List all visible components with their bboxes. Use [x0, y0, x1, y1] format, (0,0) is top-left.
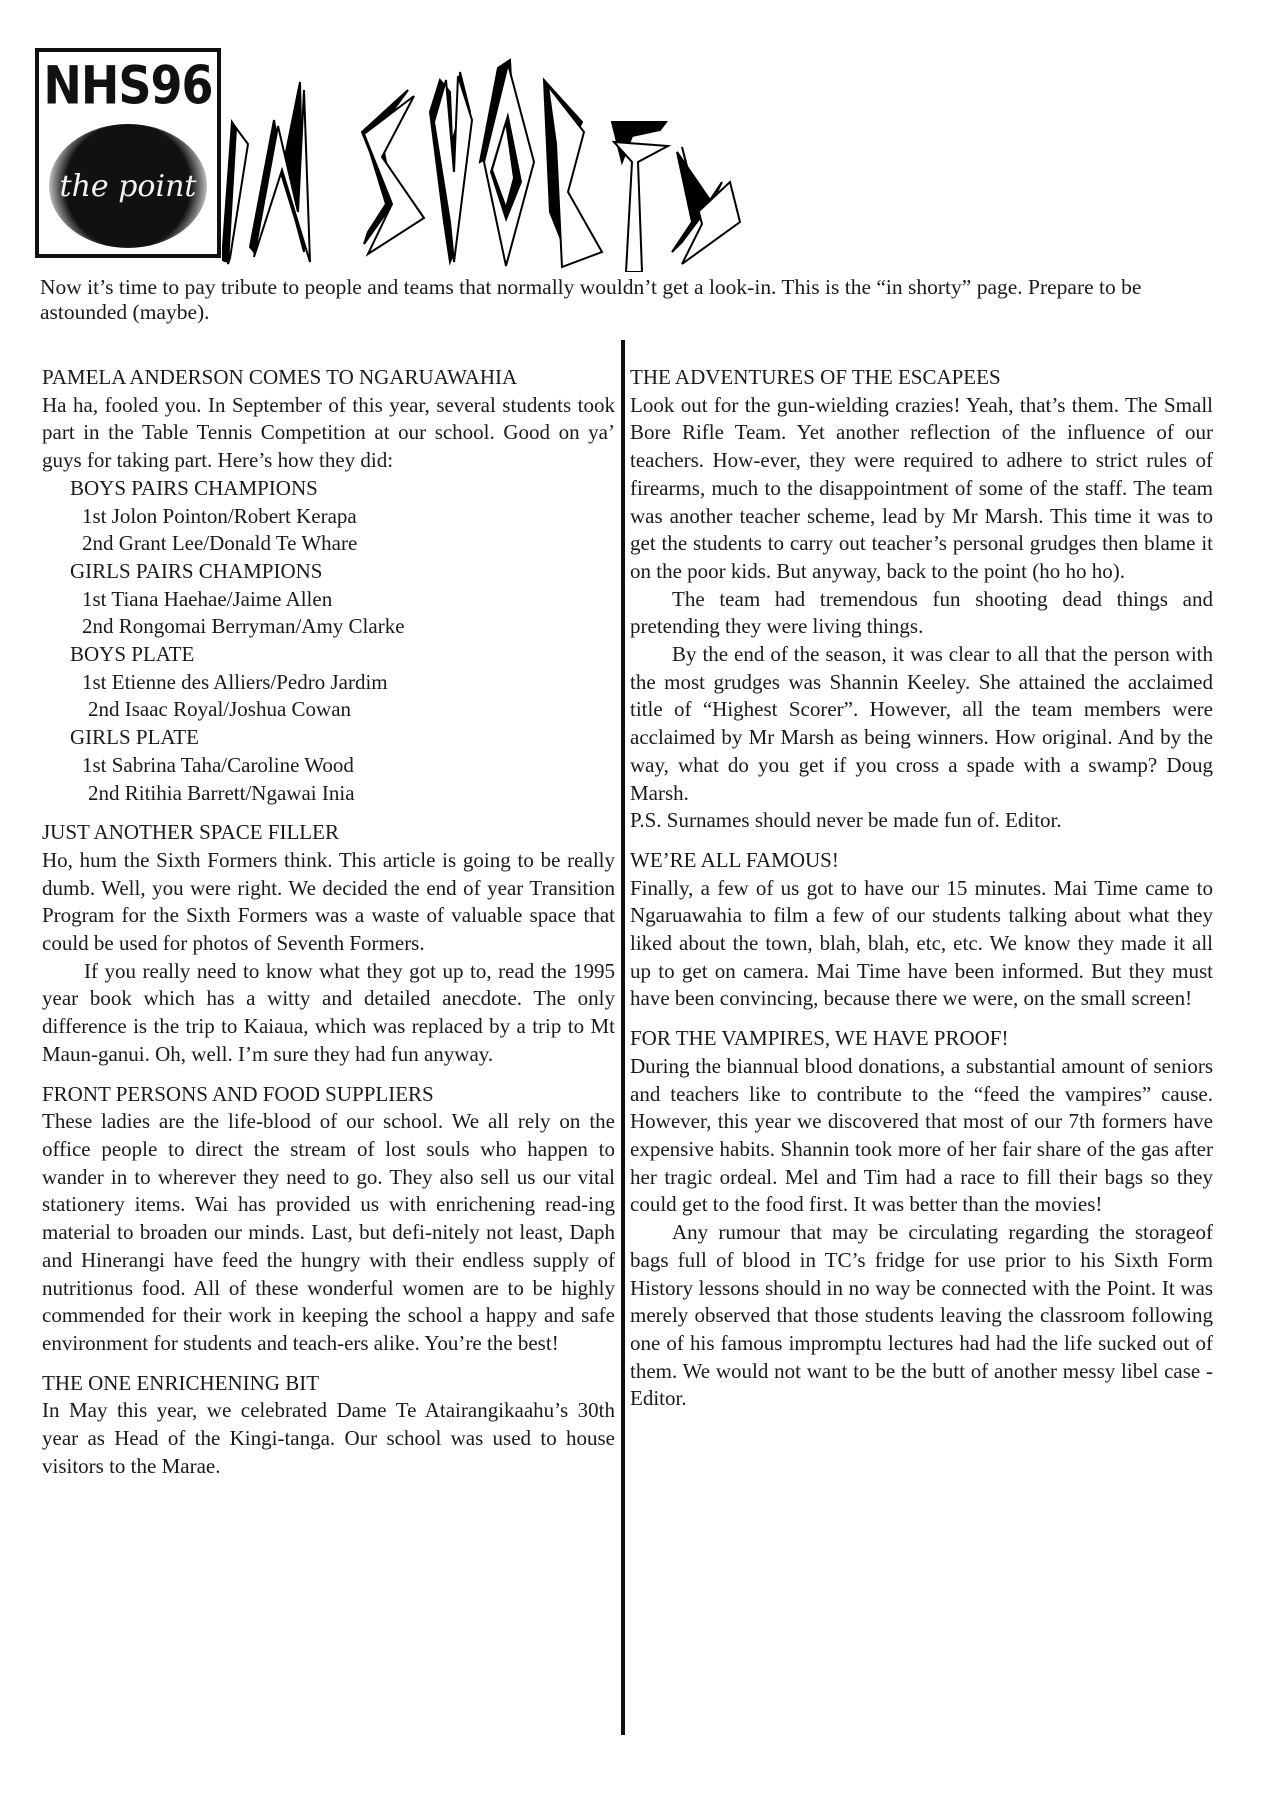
article-front-persons: FRONT PERSONS AND FOOD SUPPLIERS These l…	[42, 1081, 615, 1358]
column-divider	[621, 340, 625, 1735]
right-column: THE ADVENTURES OF THE ESCAPEES Look out …	[630, 364, 1213, 1413]
article-body: Ha ha, fooled you. In September of this …	[42, 392, 615, 475]
logo-circle-emblem: the point	[49, 124, 207, 248]
article-body: In May this year, we celebrated Dame Te …	[42, 1397, 615, 1480]
article-heading: JUST ANOTHER SPACE FILLER	[42, 819, 615, 847]
article-escapees: THE ADVENTURES OF THE ESCAPEES Look out …	[630, 364, 1213, 835]
article-paragraph: By the end of the season, it was clear t…	[630, 641, 1213, 807]
article-all-famous: WE’RE ALL FAMOUS! Finally, a few of us g…	[630, 847, 1213, 1013]
article-paragraph: If you really need to know what they got…	[42, 958, 615, 1069]
article-vampires: FOR THE VAMPIRES, WE HAVE PROOF! During …	[630, 1025, 1213, 1413]
article-postscript: P.S. Surnames should never be made fun o…	[630, 807, 1213, 835]
article-heading: THE ADVENTURES OF THE ESCAPEES	[630, 364, 1213, 392]
in-shorty-title-art	[222, 52, 1242, 272]
results-place: 1st Jolon Pointon/Robert Kerapa	[42, 503, 615, 531]
article-pamela-anderson: PAMELA ANDERSON COMES TO NGARUAWAHIA Ha …	[42, 364, 615, 807]
article-paragraph: Look out for the gun-wielding crazies! Y…	[630, 392, 1213, 586]
results-place: 1st Etienne des Alliers/Pedro Jardim	[42, 669, 615, 697]
article-paragraph: During the biannual blood donations, a s…	[630, 1053, 1213, 1219]
results-category: GIRLS PAIRS CHAMPIONS	[42, 558, 615, 586]
article-body: These ladies are the life-blood of our s…	[42, 1108, 615, 1357]
results-place: 1st Tiana Haehae/Jaime Allen	[42, 586, 615, 614]
results-place: 2nd Grant Lee/Donald Te Whare	[42, 530, 615, 558]
article-space-filler: JUST ANOTHER SPACE FILLER Ho, hum the Si…	[42, 819, 615, 1068]
article-heading: FRONT PERSONS AND FOOD SUPPLIERS	[42, 1081, 615, 1109]
results-category: BOYS PLATE	[42, 641, 615, 669]
article-heading: WE’RE ALL FAMOUS!	[630, 847, 1213, 875]
article-heading: FOR THE VAMPIRES, WE HAVE PROOF!	[630, 1025, 1213, 1053]
results-list: BOYS PAIRS CHAMPIONS 1st Jolon Pointon/R…	[42, 475, 615, 807]
nhs96-logo: NHS96 the point	[35, 48, 221, 258]
article-heading: PAMELA ANDERSON COMES TO NGARUAWAHIA	[42, 364, 615, 392]
results-place: 2nd Rongomai Berryman/Amy Clarke	[42, 613, 615, 641]
results-place: 2nd Isaac Royal/Joshua Cowan	[42, 696, 615, 724]
results-place: 1st Sabrina Taha/Caroline Wood	[42, 752, 615, 780]
article-paragraph: The team had tremendous fun shooting dea…	[630, 586, 1213, 641]
logo-circle-text: the point	[60, 169, 197, 204]
article-heading: THE ONE ENRICHENING BIT	[42, 1370, 615, 1398]
article-paragraph: Ho, hum the Sixth Formers think. This ar…	[42, 847, 615, 958]
article-enrichening-bit: THE ONE ENRICHENING BIT In May this year…	[42, 1370, 615, 1481]
left-column: PAMELA ANDERSON COMES TO NGARUAWAHIA Ha …	[42, 364, 615, 1480]
intro-text: Now it’s time to pay tribute to people a…	[40, 275, 1230, 325]
results-place: 2nd Ritihia Barrett/Ngawai Inia	[42, 780, 615, 808]
article-body: Finally, a few of us got to have our 15 …	[630, 875, 1213, 1014]
logo-title: NHS96	[39, 54, 217, 116]
article-paragraph: Any rumour that may be circulating regar…	[630, 1219, 1213, 1413]
results-category: BOYS PAIRS CHAMPIONS	[42, 475, 615, 503]
results-category: GIRLS PLATE	[42, 724, 615, 752]
